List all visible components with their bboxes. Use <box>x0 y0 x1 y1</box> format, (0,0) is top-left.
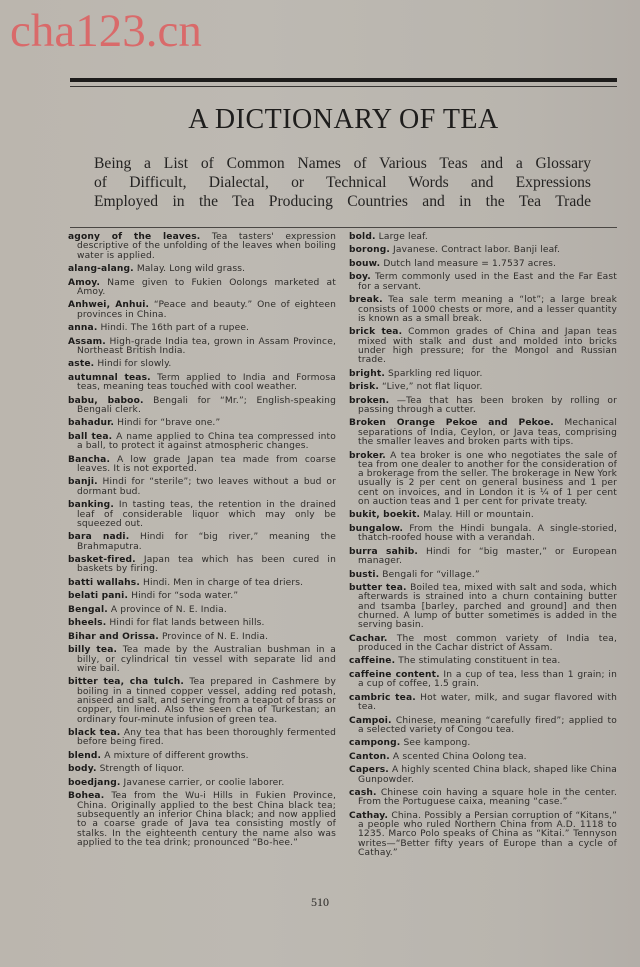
entry-definition: Sparkling red liquor. <box>388 369 483 379</box>
header-rule-thin <box>70 86 617 87</box>
entry-term: batti wallahs. <box>68 578 140 588</box>
entry-term: Bihar and Orissa. <box>68 632 159 642</box>
entry-term: body. <box>68 764 97 774</box>
entry-term: bheels. <box>68 618 106 628</box>
dictionary-entry: boedjang. Javanese carrier, or coolie la… <box>68 779 336 788</box>
entry-definition: Hindi for “soda water.” <box>131 591 238 601</box>
dictionary-entry: caffeine content. In a cup of tea, less … <box>349 671 617 690</box>
dictionary-entry: body. Strength of liquor. <box>68 765 336 774</box>
page-title: A DICTIONARY OF TEA <box>70 104 617 136</box>
entry-term: bright. <box>349 369 385 379</box>
dictionary-entry: brick tea. Common grades of China and Ja… <box>349 328 617 365</box>
dictionary-entry: Canton. A scented China Oolong tea. <box>349 753 617 762</box>
page-subtitle: Being a List of Common Names of Various … <box>94 154 591 211</box>
dictionary-entry: banji. Hindi for “sterile”; two leaves w… <box>68 478 336 497</box>
page-number: 510 <box>0 895 640 910</box>
dictionary-entry: autumnal teas. Term applied to India and… <box>68 374 336 393</box>
entry-term: bouw. <box>349 259 380 269</box>
entry-term: caffeine. <box>349 656 395 666</box>
entry-definition: Province of N. E. India. <box>162 632 268 642</box>
entry-definition: Bengali for “village.” <box>382 570 479 580</box>
entry-term: anna. <box>68 323 97 333</box>
entry-definition: Strength of liquor. <box>100 764 185 774</box>
entry-definition: China. Possibly a Persian corruption of … <box>358 811 617 858</box>
entry-definition: A mixture of different growths. <box>104 751 248 761</box>
entry-definition: —Tea that has been broken by rolling or … <box>358 396 617 415</box>
dictionary-entry: busti. Bengali for “village.” <box>349 571 617 580</box>
dictionary-entry: blend. A mixture of different growths. <box>68 752 336 761</box>
dictionary-entry: agony of the leaves. Tea tasters' expres… <box>68 233 336 261</box>
entry-definition: Hindi. Men in charge of tea driers. <box>143 578 303 588</box>
entry-definition: Javanese carrier, or coolie laborer. <box>124 778 285 788</box>
header-rule-thick <box>70 78 617 82</box>
entry-definition: A name applied to China tea compressed i… <box>77 432 336 451</box>
dictionary-entry: cambric tea. Hot water, milk, and sugar … <box>349 694 617 713</box>
dictionary-entry: Amoy. Name given to Fukien Oolongs marke… <box>68 279 336 298</box>
entry-definition: Name given to Fukien Oolongs marketed at… <box>77 278 336 297</box>
dictionary-entry: Cathay. China. Possibly a Persian corrup… <box>349 812 617 858</box>
entry-definition: Malay. Hill or mountain. <box>423 510 534 520</box>
entry-definition: Malay. Long wild grass. <box>137 264 245 274</box>
dictionary-entry: basket-fired. Japan tea which has been c… <box>68 556 336 575</box>
dictionary-entry: borong. Javanese. Contract labor. Banji … <box>349 246 617 255</box>
right-column: bold. Large leaf.borong. Javanese. Contr… <box>349 233 617 863</box>
dictionary-entry: boy. Term commonly used in the East and … <box>349 273 617 292</box>
dictionary-entry: anna. Hindi. The 16th part of a rupee. <box>68 324 336 333</box>
subtitle-line: Being a List of Common Names of Various … <box>94 154 591 173</box>
dictionary-entry: bheels. Hindi for flat lands between hil… <box>68 619 336 628</box>
dictionary-entry: Broken Orange Pekoe and Pekoe. Mechanica… <box>349 419 617 447</box>
entry-definition: Chinese coin having a square hole in the… <box>358 788 617 807</box>
entry-definition: See kampong. <box>403 738 470 748</box>
dictionary-entry: batti wallahs. Hindi. Men in charge of t… <box>68 579 336 588</box>
dictionary-entry: ball tea. A name applied to China tea co… <box>68 433 336 452</box>
dictionary-entry: Capers. A highly scented China black, sh… <box>349 766 617 785</box>
dictionary-entry: bungalow. From the Hindi bungala. A sing… <box>349 525 617 544</box>
entry-term: bold. <box>349 232 376 242</box>
header-rule-bottom <box>70 227 617 228</box>
dictionary-entry: Bengal. A province of N. E. India. <box>68 606 336 615</box>
dictionary-entry: aste. Hindi for slowly. <box>68 360 336 369</box>
entry-definition: Javanese. Contract labor. Banji leaf. <box>393 245 560 255</box>
dictionary-entry: Bohea. Tea from the Wu-i Hills in Fukien… <box>68 792 336 848</box>
dictionary-entry: brisk. “Live,” not flat liquor. <box>349 383 617 392</box>
entry-term: belati pani. <box>68 591 128 601</box>
entry-term: borong. <box>349 245 390 255</box>
entry-definition: Tea from the Wu-i Hills in Fukien Provin… <box>77 791 336 847</box>
entry-definition: Hindi for “brave one.” <box>117 418 220 428</box>
entry-definition: Hindi for slowly. <box>97 359 171 369</box>
subtitle-line: Employed in the Tea Producing Countries … <box>94 192 591 211</box>
entry-term: aste. <box>68 359 94 369</box>
dictionary-entry: Bihar and Orissa. Province of N. E. Indi… <box>68 633 336 642</box>
dictionary-entry: bouw. Dutch land measure = 1.7537 acres. <box>349 260 617 269</box>
entry-term: bahadur. <box>68 418 114 428</box>
dictionary-entry: bara nadi. Hindi for “big river,” meanin… <box>68 533 336 552</box>
entry-term: alang-alang. <box>68 264 134 274</box>
dictionary-entry: Anhwei, Anhui. “Peace and beauty.” One o… <box>68 301 336 320</box>
dictionary-entry: burra sahib. Hindi for “big master,” or … <box>349 548 617 567</box>
entry-definition: Hindi for “sterile”; two leaves without … <box>77 477 336 496</box>
entry-definition: The most common variety of India tea, pr… <box>358 634 617 653</box>
entry-definition: Large leaf. <box>379 232 428 242</box>
left-column: agony of the leaves. Tea tasters' expres… <box>68 233 336 852</box>
subtitle-line: of Difficult, Dialectal, or Technical Wo… <box>94 173 591 192</box>
entry-term: boedjang. <box>68 778 120 788</box>
entry-definition: “Live,” not flat liquor. <box>382 382 483 392</box>
dictionary-entry: cash. Chinese coin having a square hole … <box>349 789 617 808</box>
entry-definition: Dutch land measure = 1.7537 acres. <box>383 259 556 269</box>
dictionary-entry: bright. Sparkling red liquor. <box>349 370 617 379</box>
dictionary-entry: Campoi. Chinese, meaning “carefully fire… <box>349 717 617 736</box>
dictionary-entry: banking. In tasting teas, the retention … <box>68 501 336 529</box>
entry-term: brisk. <box>349 382 379 392</box>
dictionary-entry: billy tea. Tea made by the Australian bu… <box>68 646 336 674</box>
entry-term: Bengal. <box>68 605 108 615</box>
dictionary-entry: Bancha. A low grade Japan tea made from … <box>68 456 336 475</box>
dictionary-entry: bitter tea, cha tulch. Tea prepared in C… <box>68 678 336 724</box>
entry-definition: A tea broker is one who negotiates the s… <box>358 451 617 507</box>
dictionary-entry: campong. See kampong. <box>349 739 617 748</box>
watermark: cha123.cn <box>10 4 202 58</box>
entry-definition: A low grade Japan tea made from coarse l… <box>77 455 336 474</box>
dictionary-entry: broken. —Tea that has been broken by rol… <box>349 397 617 416</box>
dictionary-entry: bukit, boekit. Malay. Hill or mountain. <box>349 511 617 520</box>
entry-definition: A province of N. E. India. <box>111 605 227 615</box>
dictionary-entry: caffeine. The stimulating constituent in… <box>349 657 617 666</box>
dictionary-entry: alang-alang. Malay. Long wild grass. <box>68 265 336 274</box>
entry-definition: Hindi for flat lands between hills. <box>109 618 264 628</box>
dictionary-entry: Assam. High-grade India tea, grown in As… <box>68 338 336 357</box>
entry-term: campong. <box>349 738 400 748</box>
entry-term: busti. <box>349 570 379 580</box>
entry-term: bukit, boekit. <box>349 510 420 520</box>
entry-term: Canton. <box>349 752 390 762</box>
dictionary-entry: black tea. Any tea that has been thoroug… <box>68 729 336 748</box>
dictionary-entry: babu, baboo. Bengali for “Mr.”; English-… <box>68 397 336 416</box>
entry-definition: A highly scented China black, shaped lik… <box>358 765 617 784</box>
entry-term: blend. <box>68 751 101 761</box>
dictionary-entry: bold. Large leaf. <box>349 233 617 242</box>
entry-definition: Chinese, meaning “carefully fired”; appl… <box>358 716 617 735</box>
entry-definition: Term commonly used in the East and the F… <box>358 272 617 291</box>
entry-definition: High-grade India tea, grown in Assam Pro… <box>77 337 336 356</box>
entry-definition: In tasting teas, the retention in the dr… <box>77 500 336 529</box>
dictionary-entry: Cachar. The most common variety of India… <box>349 635 617 654</box>
dictionary-entry: belati pani. Hindi for “soda water.” <box>68 592 336 601</box>
entry-definition: The stimulating constituent in tea. <box>398 656 560 666</box>
entry-definition: A scented China Oolong tea. <box>393 752 527 762</box>
entry-definition: Tea sale term meaning a “lot”; a large b… <box>358 295 617 324</box>
dictionary-entry: butter tea. Boiled tea, mixed with salt … <box>349 584 617 630</box>
dictionary-entry: bahadur. Hindi for “brave one.” <box>68 419 336 428</box>
dictionary-entry: break. Tea sale term meaning a “lot”; a … <box>349 296 617 324</box>
dictionary-entry: broker. A tea broker is one who negotiat… <box>349 452 617 508</box>
entry-definition: Hindi. The 16th part of a rupee. <box>100 323 249 333</box>
